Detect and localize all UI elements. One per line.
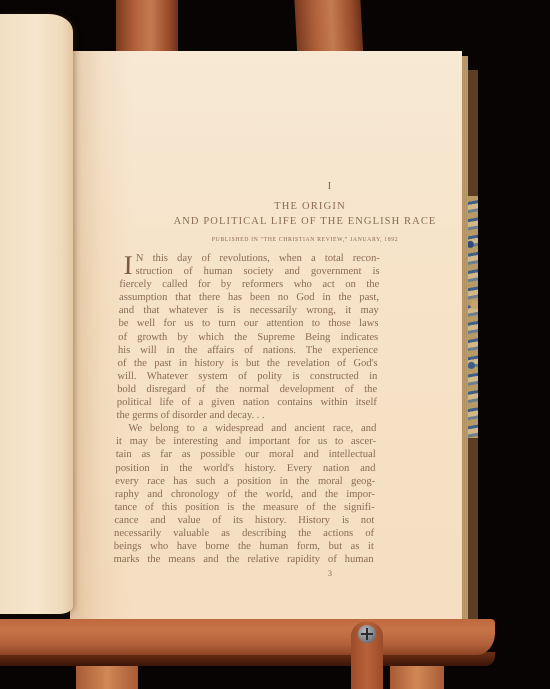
text-line: and that whatever is is necessarily wron… bbox=[119, 304, 379, 317]
text-line: will. Whatever system of polity is const… bbox=[117, 370, 377, 383]
chapter-number: I bbox=[280, 180, 380, 192]
text-line: of the past in history is but the revela… bbox=[118, 357, 378, 370]
text-line: marks the means and the relative rapidit… bbox=[113, 553, 373, 566]
text-line: beings who have borne the human form, bu… bbox=[114, 540, 374, 553]
text-line: his will in the affairs of nations. The … bbox=[118, 344, 378, 357]
book-photo-scene: I THE ORIGIN AND POLITICAL LIFE OF THE E… bbox=[0, 0, 550, 689]
text-line: every race has such a position in the mo… bbox=[115, 475, 375, 488]
text-line: be well for us to turn our attention to … bbox=[118, 317, 378, 330]
text-line: tance of this position is the measure of… bbox=[115, 501, 375, 514]
publication-note: Published in “The Christian Review,” Jan… bbox=[150, 237, 460, 243]
text-line: political life of a given nation contain… bbox=[117, 396, 377, 409]
text-line: bold disregard of the normal development… bbox=[117, 383, 377, 396]
text-line: struction of human society and governmen… bbox=[119, 265, 379, 278]
marbled-cover-panel bbox=[467, 196, 478, 438]
text-line: of growth by which the Supreme Being ind… bbox=[118, 331, 378, 344]
screw-icon bbox=[358, 625, 376, 643]
verso-page-curl bbox=[0, 14, 73, 614]
page-number: 3 bbox=[328, 569, 332, 578]
text-line: it may be interesting and important for … bbox=[116, 435, 376, 448]
text-line: position in the world's history. Every n… bbox=[115, 462, 375, 475]
text-line: fiercely called for by reformers who act… bbox=[119, 278, 379, 291]
text-line: raphy and chronology of the world, and t… bbox=[115, 488, 375, 501]
easel-ledge bbox=[0, 619, 495, 655]
text-line: the germs of disorder and decay. . . bbox=[116, 409, 376, 422]
text-line: tain as far as possible our moral and in… bbox=[116, 448, 376, 461]
drop-cap: I bbox=[123, 254, 132, 276]
body-text: I N this day of revolutions, when a tota… bbox=[113, 252, 380, 566]
chapter-title-line-1: THE ORIGIN bbox=[210, 201, 410, 212]
text-line: necessarily valuable as describing the a… bbox=[114, 527, 374, 540]
text-line: N this day of revolutions, when a total … bbox=[120, 252, 380, 265]
chapter-title-line-2: AND POLITICAL LIFE OF THE ENGLISH RACE bbox=[140, 216, 470, 227]
text-line: assumption that there has been no God in… bbox=[119, 291, 379, 304]
text-line: We belong to a widespread and ancient ra… bbox=[116, 422, 376, 435]
text-line: cance and value of its history. History … bbox=[114, 514, 374, 527]
